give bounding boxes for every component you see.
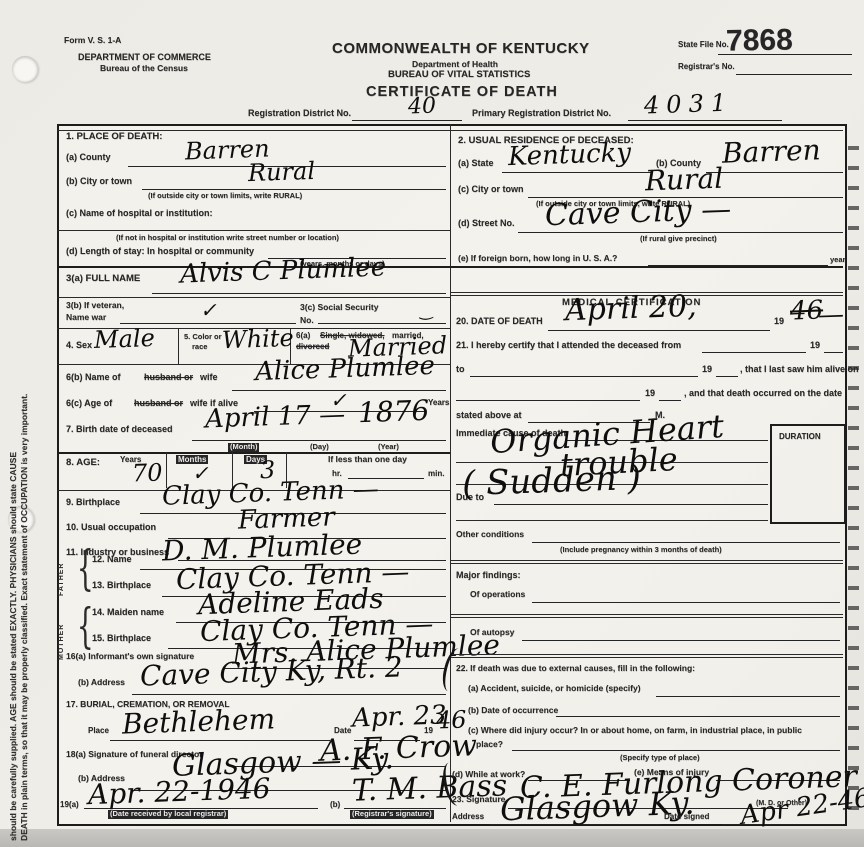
spouse-age-label-struck: husband or <box>134 398 183 408</box>
right-edge-cut-text <box>848 130 859 822</box>
dod-dash: — <box>818 302 845 329</box>
residence-state-label: (a) State <box>458 158 494 168</box>
underline <box>132 694 446 695</box>
city-hint: (If outside city or town limits, write R… <box>148 192 302 201</box>
scan-bottom-shadow <box>0 829 864 847</box>
day-caption: (Day) <box>310 443 329 452</box>
underline <box>522 640 840 641</box>
mother-side-label: MOTHER <box>58 602 65 660</box>
underline <box>556 716 840 717</box>
social-security-label: 3(c) Social Security <box>300 303 378 313</box>
registration-district-label: Registration District No. <box>248 108 351 118</box>
residence-street-hint: (If rural give precinct) <box>640 235 717 244</box>
registration-district-value: 40 <box>408 96 437 119</box>
registrar-date-value: Apr. 22-1946 <box>88 775 271 809</box>
years-suffix: Years <box>428 398 449 407</box>
of-operations-label: Of operations <box>470 590 525 600</box>
spouse-age-label-pre: 6(c) Age of <box>66 398 112 408</box>
margin-note-line2: DEATH in plain terms, so that it may be … <box>19 41 30 841</box>
underline <box>648 265 828 266</box>
sex-value: Male <box>94 326 156 352</box>
other-conditions-hint: (Include pregnancy within 3 months of de… <box>560 546 722 555</box>
residence-city-label: (c) City or town <box>458 184 524 194</box>
social-security-mark: ‿ <box>420 303 433 319</box>
margin-instructions: should be carefully supplied. AGE should… <box>8 41 30 841</box>
year-suffix: year <box>830 256 845 265</box>
marital-label-struck2: divorced <box>296 342 329 351</box>
father-side-label: FATHER <box>58 542 65 596</box>
street-hint: (If not in hospital or institution write… <box>116 234 339 243</box>
underline <box>716 376 738 377</box>
certifier-address-label: Address <box>452 812 484 821</box>
section-rule <box>57 297 450 298</box>
underline <box>456 400 640 401</box>
foreign-born-label: (e) If foreign born, how long in U. S. A… <box>458 254 617 264</box>
full-name-label: 3(a) FULL NAME <box>66 274 140 285</box>
veteran-label-2: Name war <box>66 313 106 323</box>
registrar-b-label: (b) <box>330 800 340 809</box>
duration-label: DURATION <box>779 432 821 441</box>
certify-line3-tail: , and that death occurred on the date <box>684 388 842 398</box>
certify-line2-tail: , that I last saw him alive on <box>740 364 859 374</box>
underline <box>352 120 462 121</box>
underline <box>824 352 843 353</box>
date-signed-label: Date signed <box>664 812 709 821</box>
primary-district-value: 4031 <box>644 90 734 117</box>
commonwealth-title: COMMONWEALTH OF KENTUCKY <box>332 40 590 57</box>
color-race-label-2: race <box>192 343 207 352</box>
section-rule <box>57 230 450 231</box>
burial-place-label: Place <box>88 726 109 735</box>
registrar-a-label: 19(a) <box>60 800 79 809</box>
min-label: min. <box>428 469 444 478</box>
veteran-label-1: 3(b) If veteran, <box>66 301 124 311</box>
less-than-one-day-label: If less than one day <box>328 455 407 465</box>
residence-city-value: Rural <box>645 165 724 196</box>
hospital-label: (c) Name of hospital or institution: <box>66 208 213 218</box>
certify-y3: 19 <box>645 388 655 398</box>
certify-to-label: to <box>456 364 465 374</box>
father-birthplace-label: 13. Birthplace <box>92 580 151 590</box>
major-rule <box>57 266 843 268</box>
sex-label: 4. Sex <box>66 340 92 350</box>
underline <box>532 602 840 603</box>
underline <box>192 440 446 441</box>
due-to-value: ( Sudden ) <box>461 461 641 501</box>
double-rule <box>450 563 843 564</box>
form-number: Form V. S. 1-A <box>64 36 121 46</box>
bureau-vital-statistics: BUREAU OF VITAL STATISTICS <box>388 70 530 81</box>
external-a-label: (a) Accident, suicide, or homicide (spec… <box>468 684 641 694</box>
underline <box>628 120 782 121</box>
underline <box>152 293 446 294</box>
underline <box>659 400 681 401</box>
date-of-death-label: 20. DATE OF DEATH <box>456 316 543 326</box>
external-c-hint: (Specify type of place) <box>620 754 700 763</box>
external-d-label: (d) While at work? <box>452 770 525 780</box>
certify-y1: 19 <box>810 340 820 350</box>
color-race-label-1: 5. Color or <box>184 333 222 342</box>
birth-date-value: April 17 — <box>205 402 346 433</box>
underline <box>318 323 446 324</box>
registrar-date-caption: (Date received by local registrar) <box>108 810 228 819</box>
double-rule <box>450 654 843 655</box>
department-of-commerce: DEPARTMENT OF COMMERCE <box>78 52 211 62</box>
underline <box>532 542 840 543</box>
marital-label-pre: 6(a) <box>296 331 310 340</box>
registrar-signature-caption: (Registrar's signature) <box>350 810 434 819</box>
residence-state-value: Kentucky <box>508 140 632 170</box>
underline <box>702 352 806 353</box>
certify-y2: 19 <box>702 364 712 374</box>
year-caption: (Year) <box>378 443 399 452</box>
margin-note-line1: should be carefully supplied. AGE should… <box>8 41 19 841</box>
birthplace-label: 9. Birthplace <box>66 497 120 507</box>
primary-district-label: Primary Registration District No. <box>472 108 611 118</box>
external-c-label-line2: place? <box>476 740 503 750</box>
double-rule <box>450 617 843 618</box>
bureau-of-census: Bureau of the Census <box>100 64 188 74</box>
date-of-death-value: April 20, <box>565 292 698 327</box>
cell-divider <box>178 328 179 364</box>
occupation-label: 10. Usual occupation <box>66 522 156 532</box>
other-conditions-label: Other conditions <box>456 530 524 540</box>
cause-rule <box>456 520 768 521</box>
mother-birthplace-label: 15. Birthplace <box>92 633 151 643</box>
birth-date-label: 7. Birth date of deceased <box>66 424 173 434</box>
burial-place-value: Bethlehem <box>122 705 276 738</box>
underline <box>142 189 446 190</box>
stated-above-label: stated above at <box>456 410 522 420</box>
spouse-name-label-pre: 6(b) Name of <box>66 372 121 382</box>
age-years-value: 70 <box>132 460 163 485</box>
birth-year-value: 1876 <box>358 397 430 427</box>
double-rule <box>450 614 843 615</box>
of-autopsy-label: Of autopsy <box>470 628 514 638</box>
death-certificate-scan: should be carefully supplied. AGE should… <box>0 0 864 847</box>
spouse-name-value: Alice Plumlee <box>255 353 436 385</box>
external-causes-heading: 22. If death was due to external causes,… <box>456 664 695 674</box>
underline <box>656 696 840 697</box>
residence-county-value: Barren <box>722 136 822 167</box>
place-of-death-heading: 1. PLACE OF DEATH: <box>66 132 162 143</box>
underline <box>470 376 698 377</box>
double-rule <box>450 657 843 658</box>
underline <box>736 74 852 75</box>
father-name-label: 12. Name <box>92 554 132 564</box>
informant-address-label: (b) Address <box>78 678 125 688</box>
underline <box>548 330 770 331</box>
underline <box>494 504 768 505</box>
spouse-name-label-post: wife <box>200 372 218 382</box>
age-label: 8. AGE: <box>66 458 100 469</box>
spouse-name-label-struck: husband or <box>144 372 193 382</box>
residence-street-value: Cave City — <box>545 195 732 231</box>
residence-street-label: (d) Street No. <box>458 218 515 228</box>
major-findings-label: Major findings: <box>456 570 521 580</box>
veteran-checkmark: ✓ <box>200 300 217 321</box>
month-caption: (Month) <box>228 443 259 452</box>
city-town-label: (b) City or town <box>66 176 132 186</box>
double-rule <box>450 560 843 561</box>
county-label: (a) County <box>66 152 111 162</box>
certify-line1: 21. I hereby certify that I attended the… <box>456 340 681 350</box>
external-c-label-line1: (c) Where did injury occur? In or about … <box>468 726 802 736</box>
external-b-label: (b) Date of occurrence <box>468 706 558 716</box>
underline <box>706 172 843 173</box>
underline <box>512 750 840 751</box>
social-security-no-label: No. <box>300 316 314 326</box>
color-race-value: White <box>222 326 294 352</box>
city-town-value: Rural <box>248 159 316 185</box>
certificate-title: CERTIFICATE OF DEATH <box>366 84 558 101</box>
full-name-value: Alvis C Plumlee <box>180 254 387 287</box>
underline <box>718 54 852 55</box>
mother-name-label: 14. Maiden name <box>92 607 164 617</box>
dod-year-pre: 19 <box>774 316 784 326</box>
underline <box>502 172 652 173</box>
underline <box>110 740 330 741</box>
registrar-no-label: Registrar's No. <box>678 62 735 71</box>
length-of-stay-label: (d) Length of stay: In hospital or commu… <box>66 246 254 256</box>
certifier-signature-label: 23. Signature <box>452 795 505 805</box>
state-file-label: State File No. <box>678 40 729 49</box>
